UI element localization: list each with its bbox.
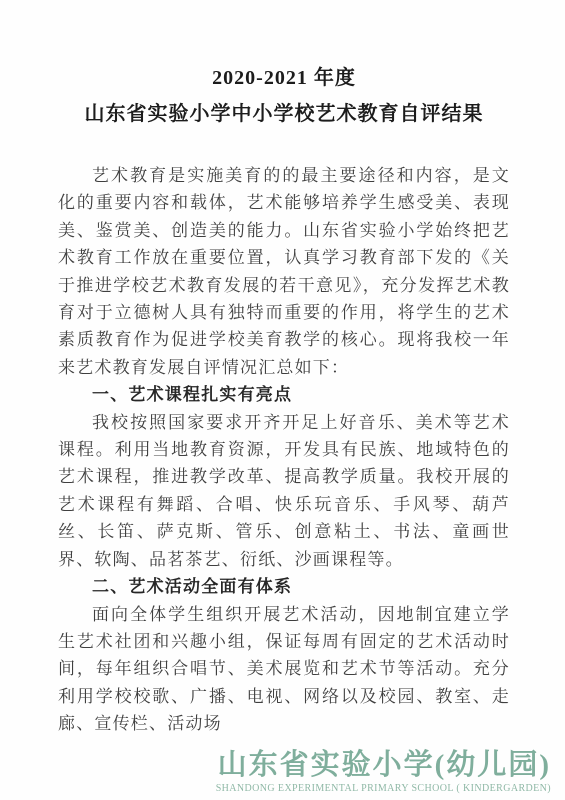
intro-paragraph: 艺术教育是实施美育的的最主要途径和内容，是文化的重要内容和载体，艺术能够培养学生…: [58, 162, 510, 381]
section-heading-1: 一、艺术课程扎实有亮点: [58, 381, 510, 408]
document-title-year: 2020-2021 年度: [58, 60, 510, 96]
document-title-main: 山东省实验小学中小学校艺术教育自评结果: [58, 96, 510, 132]
section-2-paragraph: 面向全体学生组织开展艺术活动，因地制宜建立学生艺术社团和兴趣小组，保证每周有固定…: [58, 601, 510, 738]
document-title-block: 2020-2021 年度 山东省实验小学中小学校艺术教育自评结果: [58, 60, 510, 132]
school-name-chinese: 山东省实验小学(幼儿园): [216, 750, 551, 782]
document-page: 2020-2021 年度 山东省实验小学中小学校艺术教育自评结果 艺术教育是实施…: [0, 0, 565, 800]
school-name-english: SHANDONG EXPERIMENTAL PRIMARY SCHOOL ( K…: [216, 783, 551, 794]
document-body: 艺术教育是实施美育的的最主要途径和内容，是文化的重要内容和载体，艺术能够培养学生…: [58, 162, 510, 738]
document-content: 2020-2021 年度 山东省实验小学中小学校艺术教育自评结果 艺术教育是实施…: [58, 60, 510, 738]
section-1-paragraph: 我校按照国家要求开齐开足上好音乐、美术等艺术课程。利用当地教育资源，开发具有民族…: [58, 409, 510, 573]
school-logo: 山东省实验小学(幼儿园) SHANDONG EXPERIMENTAL PRIMA…: [216, 750, 551, 794]
section-heading-2: 二、艺术活动全面有体系: [58, 573, 510, 600]
